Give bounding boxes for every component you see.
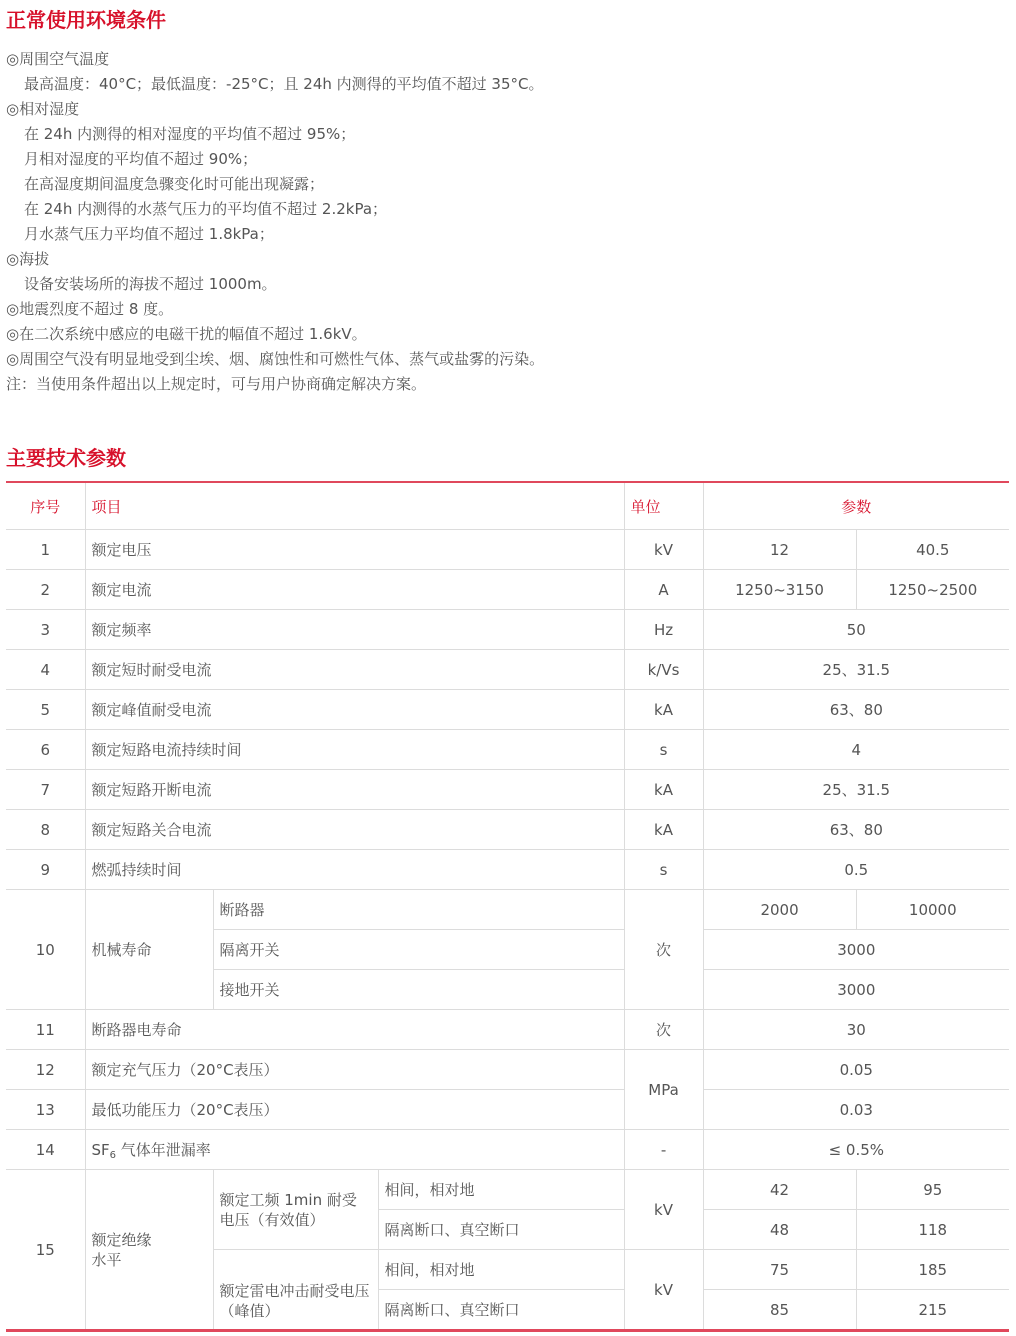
row-subitem: 相间，相对地: [378, 1170, 624, 1210]
row-item: 机械寿命: [85, 890, 213, 1010]
row-item: 额定短路开断电流: [85, 770, 624, 810]
table-row: 7 额定短路开断电流 kA 25、31.5: [6, 770, 1009, 810]
header-no: 序号: [6, 482, 85, 530]
condition-line: 设备安装场所的海拔不超过 1000m。: [6, 272, 1006, 297]
header-item: 项目: [85, 482, 624, 530]
row-value-12kv: 12: [703, 530, 856, 570]
row-no: 6: [6, 730, 85, 770]
row-value: 0.03: [703, 1090, 1009, 1130]
row-item: SF6 气体年泄漏率: [85, 1130, 624, 1170]
condition-note: 注：当使用条件超出以上规定时，可与用户协商确定解决方案。: [6, 372, 1006, 397]
table-row: 5 额定峰值耐受电流 kA 63、80: [6, 690, 1009, 730]
row-value: 3000: [703, 930, 1009, 970]
row-value-12kv: 85: [703, 1290, 856, 1331]
row-value-12kv: 48: [703, 1210, 856, 1250]
row-value-40kv: 118: [856, 1210, 1009, 1250]
row-item: 额定短时耐受电流: [85, 650, 624, 690]
condition-line: 在 24h 内测得的相对湿度的平均值不超过 95%；: [6, 122, 1006, 147]
row-subitem: 断路器: [213, 890, 624, 930]
row-item: 最低功能压力（20°C表压）: [85, 1090, 624, 1130]
row-no: 12: [6, 1050, 85, 1090]
row-no: 3: [6, 610, 85, 650]
group-label-text: 额定雷电冲击耐受电压（峰值）: [220, 1259, 370, 1321]
table-row: 3 额定频率 Hz 50: [6, 610, 1009, 650]
table-row: 9 燃弧持续时间 s 0.5: [6, 850, 1009, 890]
row-subitem: 隔离开关: [213, 930, 624, 970]
row-subitem: 隔离断口、真空断口: [378, 1290, 624, 1331]
table-row: 12 额定充气压力（20°C表压） MPa 0.05: [6, 1050, 1009, 1090]
row-value: 0.05: [703, 1050, 1009, 1090]
row-unit: k/Vs: [624, 650, 703, 690]
row-value: 3000: [703, 970, 1009, 1010]
condition-line: ◎周围空气温度: [6, 47, 1006, 72]
row-no: 4: [6, 650, 85, 690]
row-unit: s: [624, 850, 703, 890]
row-item: 额定短路关合电流: [85, 810, 624, 850]
table-row: 10 机械寿命 断路器 次 2000 10000: [6, 890, 1009, 930]
row-unit: kV: [624, 1170, 703, 1250]
row-item: 额定短路电流持续时间: [85, 730, 624, 770]
row-unit: kA: [624, 810, 703, 850]
item-prefix: SF: [92, 1141, 110, 1159]
condition-line: 在 24h 内测得的水蒸气压力的平均值不超过 2.2kPa；: [6, 197, 1006, 222]
row-value: 4: [703, 730, 1009, 770]
table-row: 6 额定短路电流持续时间 s 4: [6, 730, 1009, 770]
row-value: 25、31.5: [703, 770, 1009, 810]
row-no: 5: [6, 690, 85, 730]
params-table: 序号 项目 单位 参数 1 额定电压 kV 12 40.5 2 额定电流 A 1…: [6, 481, 1009, 1332]
row-value-40kv: 10000: [856, 890, 1009, 930]
condition-line: ◎地震烈度不超过 8 度。: [6, 297, 1006, 322]
row-value-40kv: 215: [856, 1290, 1009, 1331]
row-value: 0.5: [703, 850, 1009, 890]
row-value-12kv: 2000: [703, 890, 856, 930]
condition-line: ◎海拔: [6, 247, 1006, 272]
row-unit: 次: [624, 1010, 703, 1050]
row-unit: MPa: [624, 1050, 703, 1130]
row-value-12kv: 1250~3150: [703, 570, 856, 610]
row-item: 额定峰值耐受电流: [85, 690, 624, 730]
table-row: 2 额定电流 A 1250~3150 1250~2500: [6, 570, 1009, 610]
group-label-text: 额定工频 1min 耐受电压（有效值）: [220, 1190, 370, 1230]
row-item: 额定频率: [85, 610, 624, 650]
row-item: 额定绝缘水平: [85, 1170, 213, 1331]
row-value: 63、80: [703, 810, 1009, 850]
row-no: 11: [6, 1010, 85, 1050]
row-no: 7: [6, 770, 85, 810]
table-row: 4 额定短时耐受电流 k/Vs 25、31.5: [6, 650, 1009, 690]
row-group-label: 额定工频 1min 耐受电压（有效值）: [213, 1170, 378, 1250]
row-unit: A: [624, 570, 703, 610]
condition-line: ◎周围空气没有明显地受到尘埃、烟、腐蚀性和可燃性气体、蒸气或盐雾的污染。: [6, 347, 1006, 372]
row-unit: Hz: [624, 610, 703, 650]
row-no: 1: [6, 530, 85, 570]
condition-line: ◎在二次系统中感应的电磁干扰的幅值不超过 1.6kV。: [6, 322, 1006, 347]
condition-line: ◎相对湿度: [6, 97, 1006, 122]
row-value-40kv: 1250~2500: [856, 570, 1009, 610]
row-no: 13: [6, 1090, 85, 1130]
row-value-40kv: 185: [856, 1250, 1009, 1290]
table-row: 8 额定短路关合电流 kA 63、80: [6, 810, 1009, 850]
row-no: 8: [6, 810, 85, 850]
row-unit: 次: [624, 890, 703, 1010]
row-subitem: 接地开关: [213, 970, 624, 1010]
row-group-label: 额定雷电冲击耐受电压（峰值）: [213, 1250, 378, 1331]
row-unit: kA: [624, 690, 703, 730]
row-value: 30: [703, 1010, 1009, 1050]
row-no: 14: [6, 1130, 85, 1170]
row-item: 额定电压: [85, 530, 624, 570]
table-header-row: 序号 项目 单位 参数: [6, 482, 1009, 530]
row-no: 15: [6, 1170, 85, 1331]
table-row: 1 额定电压 kV 12 40.5: [6, 530, 1009, 570]
row-value-12kv: 75: [703, 1250, 856, 1290]
row-value: ≤ 0.5%: [703, 1130, 1009, 1170]
row-no: 2: [6, 570, 85, 610]
row-value-40kv: 95: [856, 1170, 1009, 1210]
condition-line: 月相对湿度的平均值不超过 90%；: [6, 147, 1006, 172]
row-value: 50: [703, 610, 1009, 650]
header-param: 参数: [703, 482, 1009, 530]
row-value-12kv: 42: [703, 1170, 856, 1210]
row-subitem: 隔离断口、真空断口: [378, 1210, 624, 1250]
item-suffix: 气体年泄漏率: [116, 1141, 211, 1159]
row-value-40kv: 40.5: [856, 530, 1009, 570]
conditions-list: ◎周围空气温度 最高温度：40°C；最低温度：-25°C；且 24h 内测得的平…: [6, 47, 1006, 397]
table-row: 14 SF6 气体年泄漏率 - ≤ 0.5%: [6, 1130, 1009, 1170]
table-row: 15 额定绝缘水平 额定工频 1min 耐受电压（有效值） 相间，相对地 kV …: [6, 1170, 1009, 1210]
row-no: 10: [6, 890, 85, 1010]
row-unit: kV: [624, 1250, 703, 1331]
condition-line: 最高温度：40°C；最低温度：-25°C；且 24h 内测得的平均值不超过 35…: [6, 72, 1006, 97]
row-unit: s: [624, 730, 703, 770]
header-unit: 单位: [624, 482, 703, 530]
table-row: 11 断路器电寿命 次 30: [6, 1010, 1009, 1050]
row-unit: kA: [624, 770, 703, 810]
row-item: 燃弧持续时间: [85, 850, 624, 890]
row-unit: -: [624, 1130, 703, 1170]
row-unit: kV: [624, 530, 703, 570]
condition-line: 月水蒸气压力平均值不超过 1.8kPa；: [6, 222, 1006, 247]
row-value: 25、31.5: [703, 650, 1009, 690]
section-title-conditions: 正常使用环境条件: [6, 4, 166, 33]
row-no: 9: [6, 850, 85, 890]
row-item: 额定电流: [85, 570, 624, 610]
row-item: 断路器电寿命: [85, 1010, 624, 1050]
section-title-params: 主要技术参数: [6, 442, 126, 471]
table-row: 13 最低功能压力（20°C表压） 0.03: [6, 1090, 1009, 1130]
row-value: 63、80: [703, 690, 1009, 730]
row-subitem: 相间，相对地: [378, 1250, 624, 1290]
condition-line: 在高湿度期间温度急骤变化时可能出现凝露；: [6, 172, 1006, 197]
row-item: 额定充气压力（20°C表压）: [85, 1050, 624, 1090]
row-item-text: 额定绝缘水平: [92, 1230, 152, 1270]
